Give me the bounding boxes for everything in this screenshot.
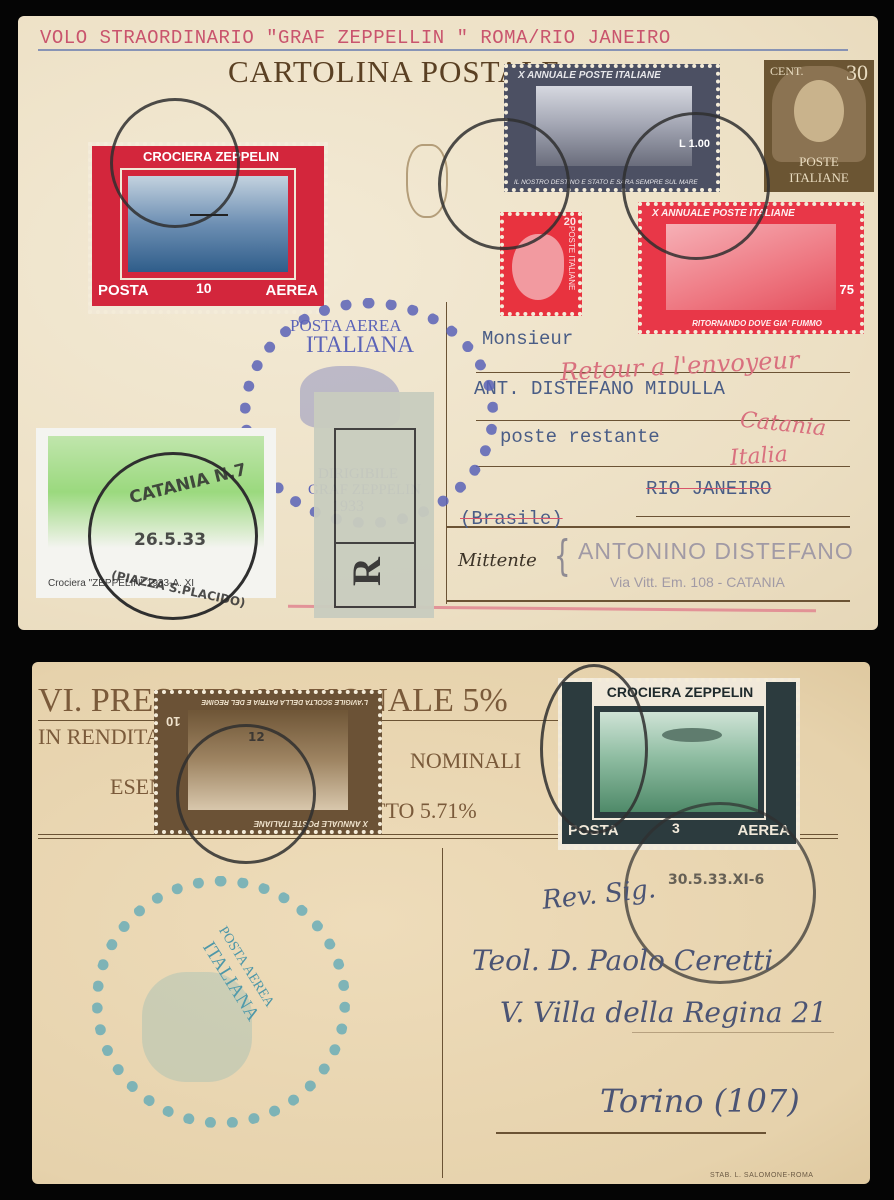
sender-name: ANTONINO DISTEFANO — [578, 538, 854, 565]
postmark-torino — [176, 724, 316, 864]
header-underline — [38, 49, 848, 51]
zeppelin-postmark-date: 30.5.33.XI-6 — [668, 872, 764, 888]
postmark-zeppelin-left — [540, 664, 648, 834]
postcard-rome-rio: VOLO STRAORDINARIO "GRAF ZEPPELLIN " ROM… — [18, 16, 878, 630]
return-note-country: Italia — [729, 442, 788, 471]
postmark-zeppelin-top — [110, 98, 240, 228]
postmark-catania-right — [622, 112, 770, 260]
sender-label: Mittente — [458, 550, 537, 571]
postmark-date: 26.5.33 — [134, 530, 206, 550]
return-note-city: Catania — [739, 408, 827, 442]
address-country: (Brasile) — [460, 508, 563, 530]
sender-street: Via Vitt. Em. 108 - CATANIA — [610, 574, 785, 590]
stamp-imprinted-30c: CENT. 30 POSTE ITALIANE — [764, 60, 874, 192]
registration-label: R — [314, 392, 434, 618]
she-wolf-icon — [142, 972, 252, 1082]
address-street: V. Villa della Regina 21 — [500, 996, 827, 1029]
address-poste-restante: poste restante — [500, 426, 660, 448]
address-salutation: Monsieur — [482, 328, 573, 350]
registration-letter: R — [343, 557, 390, 586]
address-city: RIO JANEIRO — [646, 478, 771, 500]
zeppelin-airship-icon — [662, 728, 722, 742]
address-divider — [442, 848, 443, 1178]
address-city: Torino (107) — [600, 1082, 800, 1120]
sender-brace: { — [554, 533, 571, 581]
address-name: Teol. D. Paolo Ceretti — [472, 944, 773, 977]
printer-imprint: STAB. L. SALOMONE-ROMA — [710, 1172, 813, 1179]
postcard-torino: VI. PRESTITO NAZIONALE 5% IN RENDITA EME… — [32, 662, 870, 1184]
king-portrait — [794, 80, 844, 142]
flight-header: VOLO STRAORDINARIO "GRAF ZEPPELLIN " ROM… — [40, 27, 671, 49]
postmark-catania-center — [438, 118, 570, 250]
